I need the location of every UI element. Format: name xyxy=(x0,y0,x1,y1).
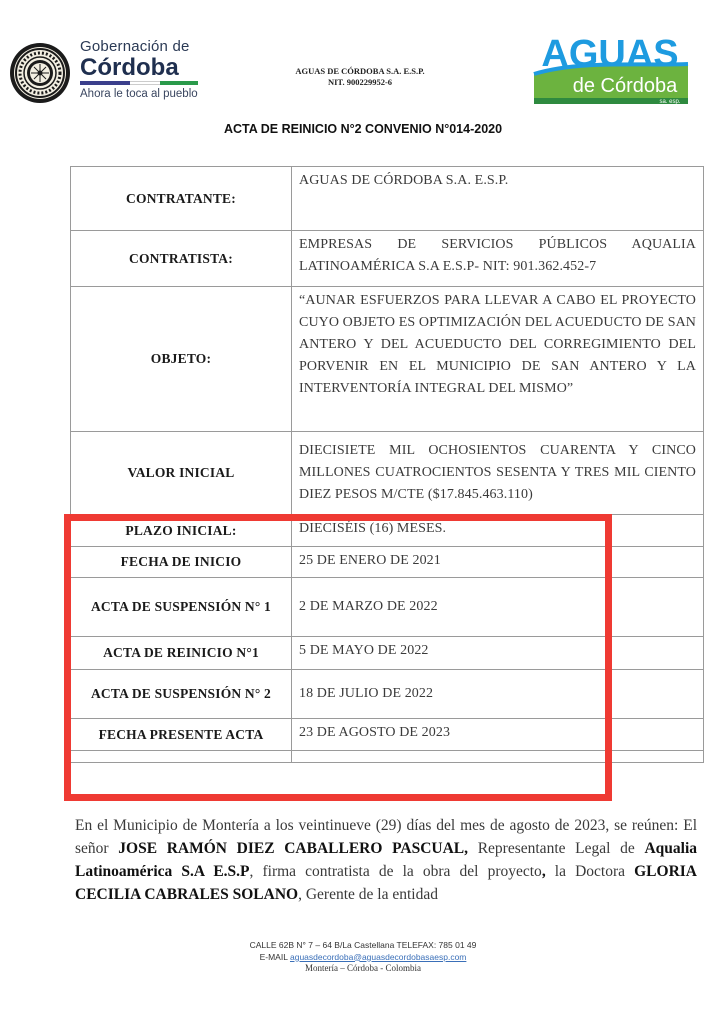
gobernacion-seal-logo xyxy=(9,42,71,104)
para-text: la Doctora xyxy=(546,863,634,880)
row-value: 5 DE MAYO DE 2022 xyxy=(292,637,704,670)
body-paragraph: En el Municipio de Montería a los veinti… xyxy=(75,814,697,906)
gobernacion-slogan: Ahora le toca al pueblo xyxy=(80,88,210,100)
table-row-empty xyxy=(71,751,704,763)
row-value: DIECISIETE MIL OCHOSIENTOS CUARENTA Y CI… xyxy=(292,432,704,515)
row-label: CONTRATANTE: xyxy=(71,167,292,231)
aguas-logo-sub: de Córdoba xyxy=(573,75,678,97)
para-text: Representante Legal de xyxy=(468,840,644,857)
aguas-de-cordoba-logo: AGUAS de Córdoba sa. esp. xyxy=(530,30,690,106)
row-label: OBJETO: xyxy=(71,287,292,432)
para-text: , Gerente de la entidad xyxy=(298,886,438,903)
document-title: ACTA DE REINICIO N°2 CONVENIO N°014-2020 xyxy=(0,122,726,136)
company-name: AGUAS DE CÓRDOBA S.A. E.S.P. xyxy=(270,66,450,77)
table-row: PLAZO INICIAL: DIECISÉIS (16) MESES. xyxy=(71,515,704,547)
row-value: 2 DE MARZO DE 2022 xyxy=(292,578,704,637)
row-value: EMPRESAS DE SERVICIOS PÚBLICOS AQUALIA L… xyxy=(292,231,704,287)
company-header: AGUAS DE CÓRDOBA S.A. E.S.P. NIT. 900229… xyxy=(270,66,450,88)
table-row: ACTA DE SUSPENSIÓN N° 2 18 DE JULIO DE 2… xyxy=(71,670,704,719)
contract-info-table: CONTRATANTE: AGUAS DE CÓRDOBA S.A. E.S.P… xyxy=(70,166,704,763)
row-value: 18 DE JULIO DE 2022 xyxy=(292,670,704,719)
row-label: ACTA DE SUSPENSIÓN N° 1 xyxy=(71,578,292,637)
footer-email-link[interactable]: aguasdecordoba@aguasdecordobasaesp.com xyxy=(290,952,466,962)
row-label: ACTA DE REINICIO N°1 xyxy=(71,637,292,670)
row-value: DIECISÉIS (16) MESES. xyxy=(292,515,704,547)
footer-email-line: E-MAIL aguasdecordoba@aguasdecordobasaes… xyxy=(0,952,726,964)
gobernacion-color-bar xyxy=(80,81,198,85)
row-value: 23 DE AGOSTO DE 2023 xyxy=(292,719,704,751)
table-row: CONTRATANTE: AGUAS DE CÓRDOBA S.A. E.S.P… xyxy=(71,167,704,231)
table-row: FECHA PRESENTE ACTA 23 DE AGOSTO DE 2023 xyxy=(71,719,704,751)
table-row: OBJETO: “AUNAR ESFUERZOS PARA LLEVAR A C… xyxy=(71,287,704,432)
company-nit: NIT. 900229952-6 xyxy=(270,77,450,88)
footer-city: Montería – Córdoba - Colombia xyxy=(0,963,726,975)
aguas-logo-tag: sa. esp. xyxy=(659,99,680,105)
gobernacion-logo: Gobernación de Córdoba Ahora le toca al … xyxy=(80,38,210,100)
gobernacion-line2: Córdoba xyxy=(80,55,210,80)
row-value: 25 DE ENERO DE 2021 xyxy=(292,547,704,578)
row-value: AGUAS DE CÓRDOBA S.A. E.S.P. xyxy=(292,167,704,231)
table-row: ACTA DE REINICIO N°1 5 DE MAYO DE 2022 xyxy=(71,637,704,670)
table-row: CONTRATISTA: EMPRESAS DE SERVICIOS PÚBLI… xyxy=(71,231,704,287)
table-row: ACTA DE SUSPENSIÓN N° 1 2 DE MARZO DE 20… xyxy=(71,578,704,637)
page-footer: CALLE 62B N° 7 – 64 B/La Castellana TELE… xyxy=(0,940,726,975)
row-label: ACTA DE SUSPENSIÓN N° 2 xyxy=(71,670,292,719)
table-row: VALOR INICIAL DIECISIETE MIL OCHOSIENTOS… xyxy=(71,432,704,515)
row-label: CONTRATISTA: xyxy=(71,231,292,287)
row-label: VALOR INICIAL xyxy=(71,432,292,515)
para-text: , firma contratista de la obra del proye… xyxy=(250,863,542,880)
table-row: FECHA DE INICIO 25 DE ENERO DE 2021 xyxy=(71,547,704,578)
gobernacion-line1: Gobernación de xyxy=(80,38,210,55)
row-value: “AUNAR ESFUERZOS PARA LLEVAR A CABO EL P… xyxy=(292,287,704,432)
footer-email-label: E-MAIL xyxy=(260,952,290,962)
para-bold-name: JOSE RAMÓN DIEZ CABALLERO PASCUAL, xyxy=(118,840,468,857)
row-label: PLAZO INICIAL: xyxy=(71,515,292,547)
footer-address: CALLE 62B N° 7 – 64 B/La Castellana TELE… xyxy=(0,940,726,952)
row-label: FECHA PRESENTE ACTA xyxy=(71,719,292,751)
row-label: FECHA DE INICIO xyxy=(71,547,292,578)
